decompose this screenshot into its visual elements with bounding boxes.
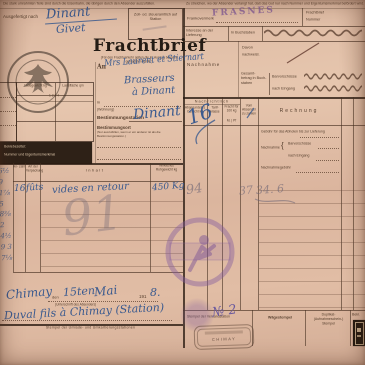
nachnahme-davon-2: nachweisl. bbox=[242, 52, 272, 57]
col-gewicht: Wirkliches Rohgewicht kg bbox=[151, 164, 182, 172]
rule-line bbox=[300, 137, 339, 138]
rechnung-row2b-label: nach Eingang bbox=[288, 154, 328, 158]
rule-line bbox=[0, 125, 16, 126]
margin-cells bbox=[0, 82, 17, 142]
signature-year-hand: 8. bbox=[150, 286, 161, 299]
purple-round-stamp bbox=[164, 216, 236, 288]
gesamtbetrag-label: Gesamt- betrag in Buch- staben bbox=[241, 71, 267, 85]
recipient-line3-hand: à Dinant bbox=[132, 85, 176, 98]
frachtbrief-document: Die stark umrahmten Teile sind durch die… bbox=[0, 0, 365, 365]
rule-line bbox=[262, 26, 263, 41]
instruction-text-left: Die stark umrahmten Teile sind durch die… bbox=[3, 2, 179, 6]
frasnes-stamp-text: FRASNES bbox=[212, 5, 275, 18]
waybill-number-label-1: Frachtbrief bbox=[306, 10, 361, 15]
rule-line bbox=[95, 62, 96, 163]
sender-signature-hand: Duval fils à Chimay (Station) bbox=[4, 301, 165, 322]
waegestempel-label: Wägestempel bbox=[256, 315, 304, 320]
rule-line bbox=[316, 160, 339, 161]
rule-line bbox=[17, 101, 93, 102]
stamp-mark bbox=[357, 328, 361, 332]
wohnung-label: (Wohnung) bbox=[97, 108, 127, 112]
rule-line bbox=[13, 272, 183, 273]
waybill-number-label-2: Nummer bbox=[306, 17, 361, 22]
beklebezettel-box: Beklebezettel: Nummer und Eigentumsmerkm… bbox=[0, 142, 92, 164]
ink-stroke bbox=[286, 42, 320, 64]
umlade-stamp-label: Stempel der Umlade- und Umkartierungssta… bbox=[18, 326, 163, 330]
rule-line bbox=[0, 97, 16, 98]
load-grid bbox=[16, 82, 94, 142]
signature-day-hand: 15ten bbox=[63, 284, 96, 299]
pencil-value-a: 94 bbox=[185, 181, 203, 198]
rule-line bbox=[183, 26, 365, 27]
duplikat-label: Duplikat- (Aufnahmeschein-) Stempel bbox=[307, 313, 350, 326]
col-fracht-sub: M. | Pf bbox=[223, 119, 240, 123]
pencil-scrawl: 91 bbox=[59, 184, 126, 247]
pencil-smudge bbox=[143, 25, 168, 36]
signature-place-hand: Chimay bbox=[5, 284, 52, 302]
stamp-mark bbox=[357, 335, 361, 337]
beklebe-label: Bekl. bbox=[352, 313, 365, 317]
row-anzahl-hand: 16 bbox=[14, 184, 25, 194]
beklebezettel-line1: Beklebezettel: bbox=[4, 145, 92, 149]
den-label: den bbox=[52, 295, 64, 300]
nachnahme-label: Nachnahme bbox=[187, 62, 237, 68]
pencil-flourish bbox=[253, 195, 297, 207]
chimay-station-stamp: CHIMAY bbox=[194, 324, 255, 350]
beklebezettel-line2: Nummer und Eigentumsmerkmal bbox=[4, 153, 92, 157]
in-label: in bbox=[97, 100, 107, 105]
nach-eingang-label: nach Eingang bbox=[272, 86, 307, 91]
rechnung-row1-label: Gebühr für das Abholen bis zur Lieferung bbox=[261, 130, 341, 134]
row-verpackung-hand: fûts bbox=[26, 182, 44, 193]
rule-line bbox=[240, 97, 241, 310]
rule-line bbox=[97, 147, 181, 148]
nachnahme-davon-1: Davon bbox=[242, 45, 272, 50]
rule-line bbox=[302, 8, 303, 26]
rule-line bbox=[238, 41, 239, 97]
wavy-crossout bbox=[304, 72, 362, 81]
rule-line bbox=[183, 41, 365, 42]
grid-header-left: Ladegewicht kg bbox=[17, 84, 54, 88]
buchstaben-label: In Buchstaben bbox=[231, 30, 261, 35]
grid-digits: 1 2 3 4 bbox=[17, 94, 91, 98]
rule-line bbox=[216, 22, 298, 23]
ink-flourish bbox=[191, 118, 221, 146]
bestimmungsort-note: (Nur auszufüllen, wenn er ein anderer is… bbox=[97, 131, 181, 139]
col-anzahl: An- zahl bbox=[13, 165, 25, 169]
rule-line bbox=[25, 163, 26, 272]
dispatch-destination-hand2: Givet bbox=[56, 21, 86, 36]
black-label-stamp bbox=[353, 320, 365, 346]
rule-line bbox=[97, 159, 181, 160]
rule-line bbox=[269, 73, 270, 95]
bestimmungsort-label: Bestimmungsort bbox=[97, 125, 152, 130]
pencil-value-b: 37 bbox=[238, 183, 253, 197]
rechnung-row2a-label: Barvorschüsse bbox=[288, 142, 328, 146]
rechnung-row3-label: Nachnahmegebühr bbox=[261, 166, 306, 170]
page-title: Frachtbrief bbox=[93, 36, 183, 56]
wavy-crossout bbox=[304, 84, 362, 93]
rule-line bbox=[17, 121, 93, 122]
rule-line bbox=[296, 172, 339, 173]
col-fracht-100kg: Fracht für 100 kg bbox=[223, 105, 240, 113]
dispatch-label: Ausgefertigt nach bbox=[3, 14, 48, 20]
signature-month-hand: Mai bbox=[93, 283, 118, 299]
wavy-crossout bbox=[264, 28, 362, 38]
stamp-frame bbox=[355, 322, 364, 345]
rule-line bbox=[305, 310, 306, 346]
rule-line bbox=[228, 26, 229, 41]
col-inhalt: Inhalt bbox=[40, 168, 150, 173]
ink-check bbox=[245, 106, 257, 120]
rechnung-header: Rechnung bbox=[258, 108, 340, 114]
rule-line bbox=[350, 310, 351, 346]
rule-line bbox=[55, 83, 56, 141]
rule-line bbox=[318, 148, 339, 149]
customs-box-label: Zoll- od. steueramtlich auf Station bbox=[131, 12, 180, 21]
grid-header-right: Ladefläche qm bbox=[55, 84, 91, 88]
col-verpackung: Art der Verpackung bbox=[26, 165, 40, 173]
barvorschuss-label: Barvorschüsse bbox=[272, 74, 307, 79]
rule-line bbox=[0, 111, 16, 112]
